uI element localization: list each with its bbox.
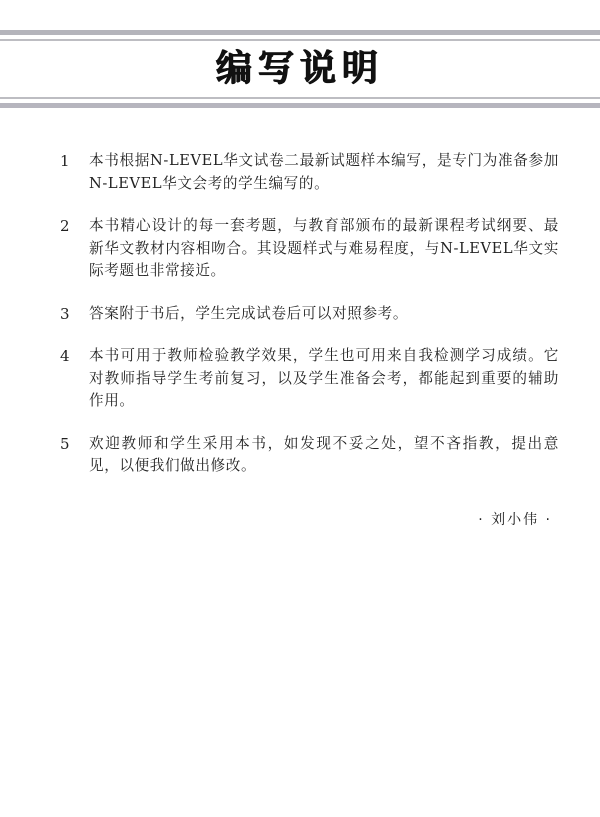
instructions-list: 1 本书根据N-LEVEL华文试卷二最新试题样本编写，是专门为准备参加N-LEV… [0,150,600,498]
item-number: 3 [60,303,70,325]
bottom-thin-rule [0,97,600,99]
item-text: 答案附于书后，学生完成试卷后可以对照参考。 [89,303,559,326]
author-signature: · 刘小伟 · [478,510,552,530]
bottom-thick-rule [0,103,600,108]
list-item: 2 本书精心设计的每一套考题，与教育部颁布的最新课程考试纲要、最新华文教材内容相… [0,215,600,283]
top-thin-rule [0,39,600,41]
item-number: 4 [60,345,70,367]
item-number: 2 [60,215,70,237]
item-text: 欢迎教师和学生采用本书，如发现不妥之处，望不吝指教，提出意见，以便我们做出修改。 [89,433,559,478]
page-title: 编写说明 [0,46,600,92]
list-item: 1 本书根据N-LEVEL华文试卷二最新试题样本编写，是专门为准备参加N-LEV… [0,150,600,195]
list-item: 4 本书可用于教师检验教学效果，学生也可用来自我检测学习成绩。它对教师指导学生考… [0,345,600,413]
item-text: 本书精心设计的每一套考题，与教育部颁布的最新课程考试纲要、最新华文教材内容相吻合… [89,215,559,283]
item-number: 5 [60,433,70,455]
list-item: 5 欢迎教师和学生采用本书，如发现不妥之处，望不吝指教，提出意见，以便我们做出修… [0,433,600,478]
list-item: 3 答案附于书后，学生完成试卷后可以对照参考。 [0,303,600,326]
top-thick-rule [0,30,600,35]
item-text: 本书根据N-LEVEL华文试卷二最新试题样本编写，是专门为准备参加N-LEVEL… [89,150,559,195]
item-number: 1 [60,150,70,172]
item-text: 本书可用于教师检验教学效果，学生也可用来自我检测学习成绩。它对教师指导学生考前复… [89,345,559,413]
